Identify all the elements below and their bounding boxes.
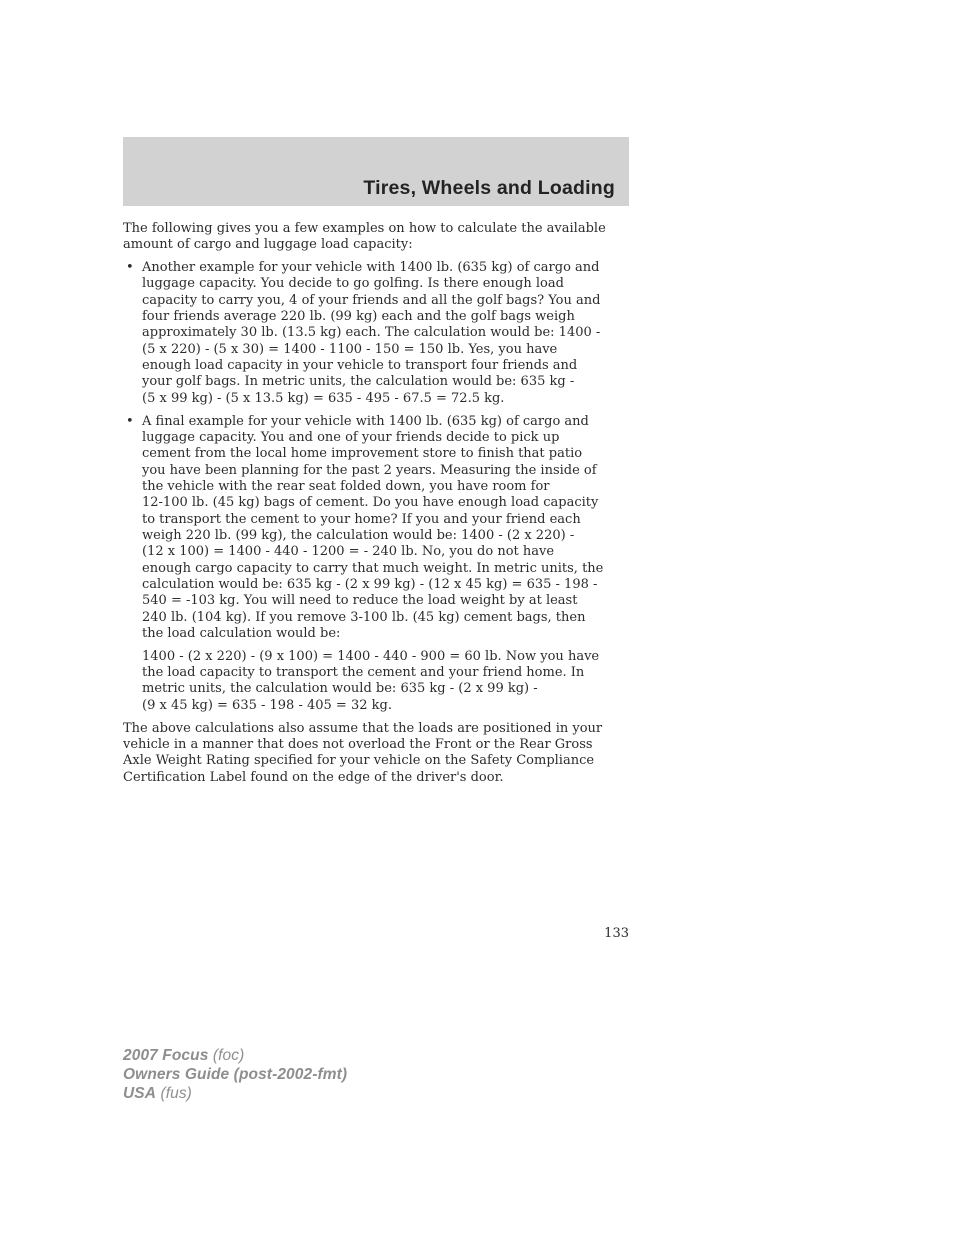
footer: 2007 Focus (foc) Owners Guide (post-2002… (123, 1046, 347, 1103)
bullet-icon: • (123, 414, 142, 643)
footer-line-region: USA (fus) (123, 1084, 347, 1103)
bullet-icon: • (123, 260, 142, 407)
footer-region-code: (fus) (156, 1085, 192, 1102)
closing-paragraph: The above calculations also assume that … (123, 721, 635, 786)
bullet-text-golf-example: Another example for your vehicle with 14… (142, 260, 600, 407)
footer-line-model: 2007 Focus (foc) (123, 1046, 347, 1065)
intro-paragraph: The following gives you a few examples o… (123, 221, 635, 254)
bullet-text-cement-example: A final example for your vehicle with 14… (142, 414, 603, 643)
manual-page: Tires, Wheels and Loading The following … (0, 0, 954, 1235)
footer-region-name: USA (123, 1085, 156, 1102)
footer-model-code: (foc) (208, 1047, 244, 1064)
body-content: The following gives you a few examples o… (123, 221, 635, 792)
footer-line-guide: Owners Guide (post-2002-fmt) (123, 1065, 347, 1084)
section-header: Tires, Wheels and Loading (123, 137, 629, 206)
page-number: 133 (123, 926, 629, 942)
section-title: Tires, Wheels and Loading (363, 179, 615, 199)
calculation-paragraph: 1400 - (2 x 220) - (9 x 100) = 1400 - 44… (142, 649, 635, 714)
list-item: • Another example for your vehicle with … (123, 260, 635, 407)
list-item: • A final example for your vehicle with … (123, 414, 635, 643)
footer-guide-name: Owners Guide (post-2002-fmt) (123, 1066, 347, 1083)
footer-model-name: 2007 Focus (123, 1047, 208, 1064)
